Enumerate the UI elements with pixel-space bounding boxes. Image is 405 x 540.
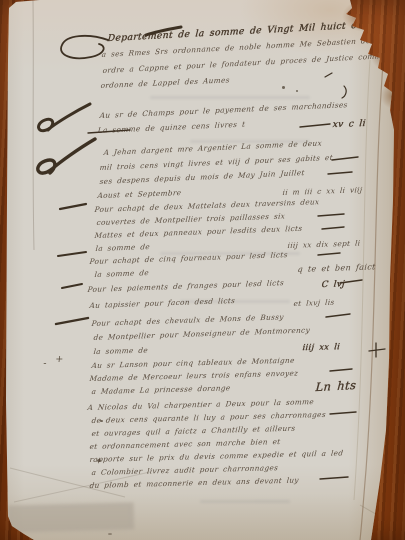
manuscript-line: la somme de [95,242,150,253]
manuscript-line: de Montpellier pour Monseigneur de Montm… [93,325,310,342]
manuscript-line: Ln hts [315,378,357,394]
manuscript-line: de deux cens quarante li luy a pour ses … [91,410,326,425]
margin-cross [369,343,385,357]
ink-speck [282,86,285,89]
comma-mark [342,86,346,98]
manuscript-line: - [43,358,48,369]
manuscript-line: A Nicolas du Val charpentier a Deux pour… [87,397,314,412]
lead-dash [58,252,86,256]
manuscript-photo: Departement de la somme de Vingt Mil hui… [0,0,405,540]
manuscript-line: la somme de [93,346,148,356]
manuscript-line: Au tapissier pour facon desd licts [89,296,235,310]
trailing-dash [330,369,352,371]
flourish-initial-3 [38,139,95,173]
lead-dash [56,318,88,324]
ink-speck [108,533,112,535]
trailing-dash [318,253,340,255]
manuscript-line: a Colombier livrez audit pour charronnag… [91,463,279,477]
manuscript-line: et ordonnancement avec son marche bien e… [89,437,281,451]
trailing-dash [328,172,352,174]
trailing-dash [332,157,358,160]
residue-patch [8,502,135,532]
trailing-dash [318,214,344,216]
bleed-through-mark [200,500,290,503]
manuscript-line: iiij xx dix sept li [287,238,361,250]
manuscript-line: q te et ben faict [297,262,376,274]
trailing-dash [326,314,350,317]
manuscript-line: ii m iii c xx li viij [282,185,363,197]
manuscript-line: Mattes et deux panneaux pour lesdits deu… [94,224,303,240]
trailing-dash [320,477,348,479]
lead-dash [60,204,86,209]
trailing-dash [322,227,344,229]
lead-dash [62,284,82,288]
manuscript-line: Departement de la somme de Vingt Mil hui… [107,15,405,44]
manuscript-line: rapporte sur le prix du devis comme expe… [89,448,344,464]
manuscript-line: Au sr de Champs pour le payement de ses … [99,100,348,120]
manuscript-line: iiij xx li [302,341,341,352]
ink-speck [296,90,298,92]
manuscript-line: xv c li [332,119,366,130]
manuscript-line: ses despens depuis du mois de May Juin J… [99,168,305,186]
manuscript-line: La somme de quinze cens livres t [97,120,245,135]
manuscript-line: du plomb et maconnerie en deux ans devan… [89,476,299,491]
manuscript-line: Au sr Lanson pour cinq tableaux de Monta… [91,356,295,370]
manuscript-line: Aoust et Septembre [97,188,182,200]
flourish-initial-2 [39,104,90,131]
manuscript-line: Madame de Mercoeur leurs trois enfans en… [89,369,299,383]
manuscript-line: et ouvrages quil a faictz a Chantilly et… [91,424,296,438]
bleed-through-mark [150,96,310,99]
manuscript-line: + [55,354,65,365]
manuscript-line: a Madame La princesse dorange [91,383,231,396]
amount-dash [300,124,330,127]
trailing-dash [330,412,356,414]
manuscript-line: Pour achapt de deux Mattelats deux trave… [94,197,320,214]
manuscript-line: C lvj [321,279,345,290]
tick-mark [325,73,332,77]
manuscript-line: et lxvj lis [293,298,335,308]
manuscript-line: la somme de [94,268,149,279]
manuscript-line: Pour achapt des chevaulx de Mons de Buss… [91,312,284,328]
manuscript-line: ordonne de Lappel des Aumes [100,75,230,90]
manuscript-line: Pour les paiements de franges pour lesd … [87,278,284,294]
manuscript-page: Departement de la somme de Vingt Mil hui… [0,0,405,540]
